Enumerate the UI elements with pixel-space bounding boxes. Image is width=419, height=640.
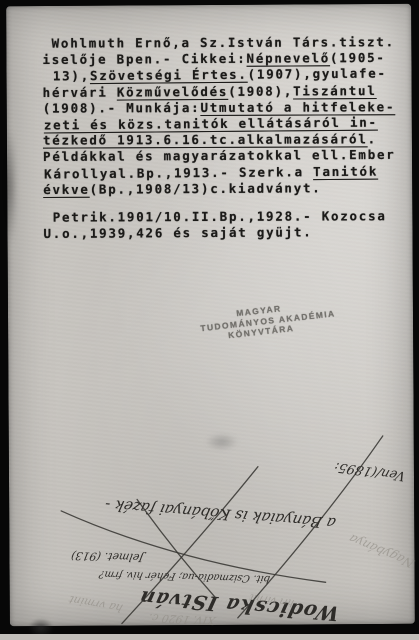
- hw-mid-note: bit. Csizmadia-ua; Fehér hiv. frm?: [99, 568, 270, 584]
- typed-segment: Károllyal.Bp.,1913.- Szerk.a: [44, 164, 313, 181]
- typed-segment: Petrik.1901/10.II.Bp.,1928.- Kozocsa: [53, 208, 387, 224]
- gray-smudge: [205, 433, 239, 451]
- typed-segment: (Bp.,1908/13)c.kiadványt.: [90, 180, 322, 196]
- typed-segment: Népnevelő: [246, 50, 330, 66]
- handwriting-text: bit. Csizmadia-ua; Fehér hiv. frm?: [98, 568, 271, 584]
- typed-line: Károllyal.Bp.,1913.- Szerk.a Tanitók: [44, 163, 404, 182]
- hw-year-note: Ven/(1895:: [334, 459, 407, 483]
- typed-segment: .: [368, 131, 377, 146]
- scan-bottom-edge: [0, 634, 419, 640]
- typed-text-block: Wohlmuth Ernő,a Sz.István Társ.tiszt.ise…: [42, 34, 403, 242]
- typed-line: hérvári Közművelődés(1908),Tiszántul: [43, 82, 403, 100]
- typed-line: Példákkal és magyarázatokkal ell.Ember: [43, 147, 403, 165]
- handwriting-text: Nagybánya: [346, 532, 417, 570]
- typed-segment: Szövetségi Értes.: [90, 67, 248, 83]
- hw-pencil-bottom: XIV. 1920 c.: [148, 611, 215, 627]
- typed-segment: (1907),gyulafe-: [248, 66, 387, 82]
- typed-segment: 13),: [53, 68, 90, 83]
- typed-segment: hérvári: [43, 84, 117, 99]
- typed-segment: zeti és közs.tanitók ellátásáról in-: [44, 115, 378, 133]
- typed-line: tézkedő 1913.6.16.tc.alkalmazásáról.: [43, 131, 403, 149]
- typed-segment: Tiszántul: [293, 83, 377, 99]
- scan-page: { "card": { "typed_block": { "lines": [ …: [0, 0, 419, 640]
- hw-pencil-right: Nagybánya: [347, 531, 416, 570]
- typed-segment: Példákkal és magyarázatokkal ell.Ember: [43, 147, 396, 164]
- edge-shadow: [1, 126, 18, 246]
- handwriting-text: ha vrmint: [67, 593, 125, 615]
- typed-segment: Utmutató a hitfeleke-: [200, 99, 395, 115]
- typed-line: U.o.,1939,426 és saját gyüjt.: [43, 224, 403, 242]
- catalog-card: Wohlmuth Ernő,a Sz.István Társ.tiszt.ise…: [6, 4, 415, 626]
- reference-block: Petrik.1901/10.II.Bp.,1928.- KozocsaU.o.…: [43, 208, 403, 243]
- typed-segment: (1908).- Munkája:: [43, 100, 201, 116]
- typed-segment: (1905-: [330, 50, 386, 65]
- hw-pencil-left: ha vrmint: [68, 593, 123, 615]
- handwriting-text: Ven/(1895:: [333, 459, 408, 483]
- typed-segment: évkve: [43, 181, 89, 196]
- typed-segment: Wohlmuth Ernő,a Sz.István Társ.tiszt.: [52, 34, 395, 50]
- typed-line: Wohlmuth Ernő,a Sz.István Társ.tiszt.: [42, 34, 402, 52]
- hw-small-note: Jelmet. (913): [71, 549, 144, 564]
- typed-line: Petrik.1901/10.II.Bp.,1928.- Kozocsa: [43, 208, 403, 226]
- typed-segment: Közművelődés: [117, 83, 228, 99]
- typed-segment: iselője Bpen.- Cikkei:: [42, 51, 246, 67]
- hw-long-note: a Bányaiak is Kőbányai fazék -: [104, 496, 336, 533]
- typed-line: évkve(Bp.,1908/13)c.kiadványt.: [43, 180, 403, 198]
- typed-segment: tézkedő 1913.6.16.tc.alkalmazásáról: [43, 131, 368, 147]
- handwriting-text: Jelmet. (913): [70, 549, 145, 564]
- typed-segment: Tanitók: [313, 163, 378, 179]
- handwriting-text: a Bányaiak is Kőbányai fazék -: [103, 496, 338, 532]
- handwriting-layer: Ven/(1895:a Bányaiak is Kőbányai fazék -…: [6, 4, 411, 6]
- typed-segment: (1908),: [228, 83, 293, 98]
- bibliography-entry: Wohlmuth Ernő,a Sz.István Társ.tiszt.ise…: [42, 34, 403, 198]
- handwriting-text: XIV. 1920 c.: [147, 611, 216, 627]
- typed-segment: U.o.,1939,426 és saját gyüjt.: [43, 224, 312, 241]
- library-stamp: MAGYARTUDOMÁNYOS AKADÉMIAKÖNYVTÁRA: [199, 299, 322, 344]
